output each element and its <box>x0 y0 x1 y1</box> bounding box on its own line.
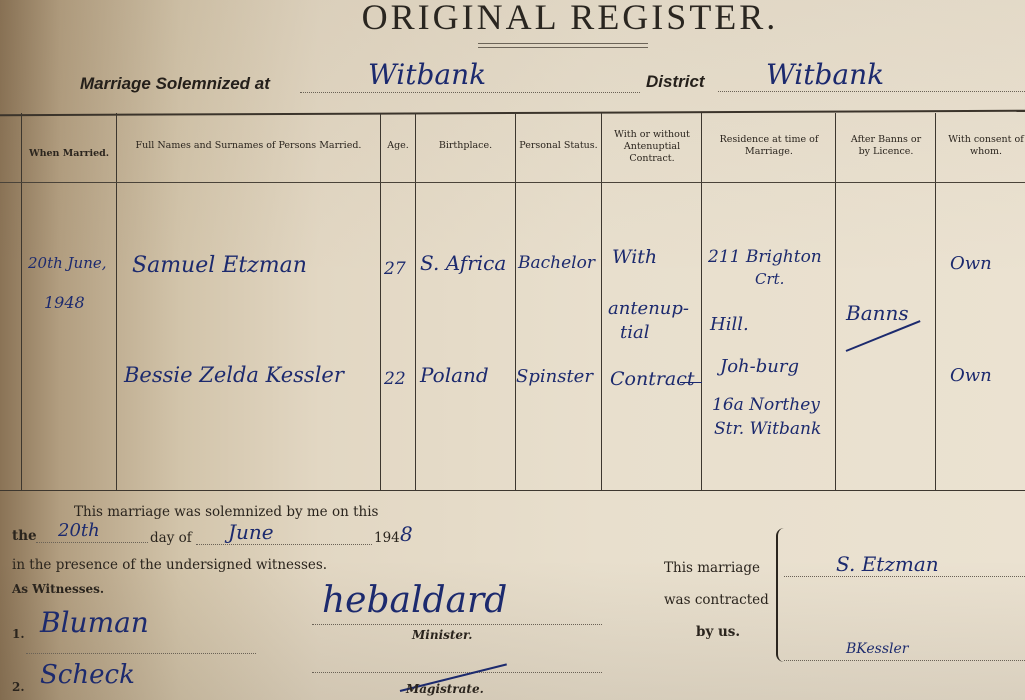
minister-label: Minister. <box>412 628 472 642</box>
district-line <box>718 91 1025 92</box>
solemnized-at-value: Witbank <box>368 58 486 91</box>
groom-signature-line <box>784 576 1025 577</box>
header-birthplace: Birthplace. <box>416 140 515 152</box>
antenuptial-line2: antenup- <box>608 298 689 320</box>
bride-residence-line1: 16a Northey <box>712 394 820 416</box>
contracted-brace <box>776 528 792 662</box>
header-when-married: When Married. <box>22 148 116 160</box>
contracted-line3: by us. <box>696 624 740 640</box>
bride-signature-line <box>784 660 1025 661</box>
header-banns-licence: After Banns or by Licence. <box>846 134 926 158</box>
bride-personal-status: Spinster <box>516 366 593 388</box>
bride-residence-line2: Str. Witbank <box>714 418 821 440</box>
when-married-date: 20th June, <box>28 252 107 274</box>
groom-age: 27 <box>384 258 406 280</box>
bride-full-name: Bessie Zelda Kessler <box>124 364 344 386</box>
month-value: June <box>228 520 274 544</box>
groom-full-name: Samuel Etzman <box>132 255 307 277</box>
groom-residence-line3: Hill. <box>710 314 749 336</box>
minister-line <box>312 624 602 625</box>
witness-2-signature: Scheck <box>40 660 135 690</box>
contracted-line2: was contracted <box>664 592 769 608</box>
solemnized-statement: This marriage was solemnized by me on th… <box>74 504 378 520</box>
header-full-names: Full Names and Surnames of Persons Marri… <box>117 140 380 152</box>
groom-birthplace: S. Africa <box>420 252 506 274</box>
the-label: the <box>12 528 37 544</box>
col-divider <box>116 113 117 491</box>
col-divider <box>515 113 516 491</box>
banns-value: Banns <box>846 302 909 324</box>
solemnized-at-line <box>300 92 640 93</box>
table-top-rule <box>0 110 1025 116</box>
groom-personal-status: Bachelor <box>518 252 595 274</box>
day-line <box>36 542 148 543</box>
col-divider <box>701 113 702 491</box>
solemnized-at-label: Marriage Solemnized at <box>80 74 270 94</box>
groom-residence-line2: Crt. <box>755 268 784 290</box>
header-bottom-rule <box>0 182 1025 183</box>
groom-signature: S. Etzman <box>836 552 939 576</box>
col-divider <box>601 113 602 491</box>
groom-consent: Own <box>950 253 992 275</box>
minister-signature: hebaldard <box>322 580 507 621</box>
col-divider <box>380 113 381 491</box>
groom-residence-line1: 211 Brighton <box>708 246 822 268</box>
header-consent: With consent of whom. <box>940 134 1025 158</box>
year-prefix: 194 <box>374 530 400 546</box>
year-suffix: 8 <box>400 522 413 546</box>
table-bottom-rule <box>0 490 1025 491</box>
month-line <box>196 544 372 545</box>
bride-consent: Own <box>950 365 992 387</box>
witness-1-number: 1. <box>12 627 25 641</box>
bride-birthplace: Poland <box>420 364 489 386</box>
antenuptial-line1: With <box>612 246 657 268</box>
header-antenuptial: With or without Antenuptial Contract. <box>612 129 692 165</box>
bride-age: 22 <box>384 368 406 390</box>
antenuptial-line4: Contract <box>610 368 695 390</box>
header-personal-status: Personal Status. <box>516 140 601 152</box>
witness-1-signature: Bluman <box>40 606 149 639</box>
header-age: Age. <box>381 140 415 152</box>
antenuptial-line3: tial <box>620 322 649 344</box>
contract-stroke <box>680 382 702 383</box>
col-divider <box>415 113 416 491</box>
col-divider <box>935 113 936 491</box>
day-of-label: day of <box>150 530 192 546</box>
day-value: 20th <box>58 520 100 541</box>
witness-1-line <box>26 653 256 654</box>
title-divider <box>478 43 648 48</box>
when-married-year: 1948 <box>44 292 85 314</box>
district-label: District <box>646 72 705 92</box>
presence-statement: in the presence of the undersigned witne… <box>12 557 327 573</box>
contracted-line1: This marriage <box>664 560 760 576</box>
groom-residence-line4: Joh-burg <box>720 356 799 378</box>
witnesses-label: As Witnesses. <box>12 582 104 596</box>
magistrate-label: Magistrate. <box>406 682 484 696</box>
page-shading <box>0 0 1025 700</box>
col-divider <box>21 113 22 491</box>
district-value: Witbank <box>766 58 884 91</box>
header-residence: Residence at time of Marriage. <box>712 134 826 158</box>
page-title: ORIGINAL REGISTER. <box>300 0 840 38</box>
witness-2-number: 2. <box>12 680 25 694</box>
bride-signature: BKessler <box>846 641 908 657</box>
col-divider <box>835 113 836 491</box>
magistrate-line <box>312 672 602 673</box>
